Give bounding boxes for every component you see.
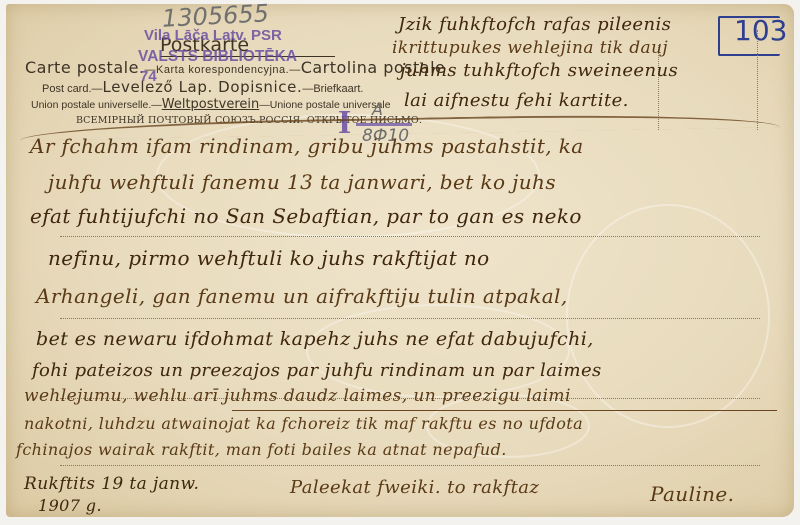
message-body-line-10: fchinajos wairak rakftit, man foti baile…: [16, 440, 507, 459]
embossed-flower: [566, 204, 770, 428]
unione-postale: —Unione postale universale: [259, 99, 390, 111]
dotted-guide-line: [60, 465, 760, 466]
underline-wish: [232, 410, 777, 411]
message-top-line-3: juhms tuhkftofch sweineenus: [400, 60, 678, 81]
message-body-line-5: Arhangeli, gan fanemu un aifrakftiju tul…: [36, 284, 568, 308]
library-stamp-line-1: Vila Lāča Latv. PSR: [144, 27, 282, 44]
levelezo-lap-dopisnice: Levelező Lap. Dopisnice.: [103, 78, 303, 96]
stamp-area-right-edge: [757, 30, 758, 130]
dotted-guide-line: [60, 318, 760, 319]
post-card: Post card.—: [42, 83, 103, 95]
shelf-mark-top: A: [372, 100, 383, 119]
signature: Pauline.: [650, 482, 734, 506]
header-line-2: Post card.—Levelező Lap. Dopisnice.—Brie…: [42, 78, 363, 96]
library-stamp-line-3: 74: [140, 68, 157, 85]
message-body-line-9: nakotni, luhdzu atwainojat ka fchoreiz t…: [24, 414, 583, 433]
message-body-line-3: efat fuhtijufchi no San Sebaftian, par t…: [30, 204, 582, 228]
message-top-line-1: Jzik fuhkftofch rafas pileenis: [398, 14, 671, 35]
weltpostverein: Weltpostverein: [162, 97, 259, 112]
closing-greeting: Paleekat fweiki. to rakftaz: [290, 477, 539, 498]
union-postale: Union postale universelle.—: [31, 99, 162, 111]
message-body-line-7: fohi pateizos un preezajos par juhfu rin…: [32, 360, 602, 381]
box-number: 103: [734, 14, 787, 47]
message-body-line-1: Ar fchahm ifam rindinam, gribu juhms pas…: [30, 134, 584, 158]
message-body-line-2: juhfu wehftuli fanemu 13 ta janwari, bet…: [48, 170, 556, 194]
library-stamp-line-2: VALSTS BIBLIOTĒKA: [138, 48, 297, 66]
place-date: Rukftits 19 ta janw.: [24, 474, 199, 494]
message-body-line-6: bet es newaru ifdohmat kapehz juhs ne ef…: [36, 328, 594, 350]
briefkaart: —Briefkaart.: [302, 83, 363, 95]
message-body-line-4: nefinu, pirmo wehftuli ko juhs rakftijat…: [48, 246, 490, 270]
message-top-line-4: lai aifnestu fehi kartite.: [404, 90, 629, 111]
carte-postale: Carte postale.: [25, 58, 145, 77]
dotted-guide-line: [60, 236, 760, 237]
message-body-line-8: wehlejumu, wehlu arī juhms daudz laimes,…: [24, 386, 571, 406]
header-line-3: Union postale universelle.—Weltpostverei…: [31, 97, 391, 112]
message-top-line-2: ikrittupukes wehlejina tik dauj: [392, 38, 668, 58]
year: 1907 g.: [38, 496, 102, 515]
